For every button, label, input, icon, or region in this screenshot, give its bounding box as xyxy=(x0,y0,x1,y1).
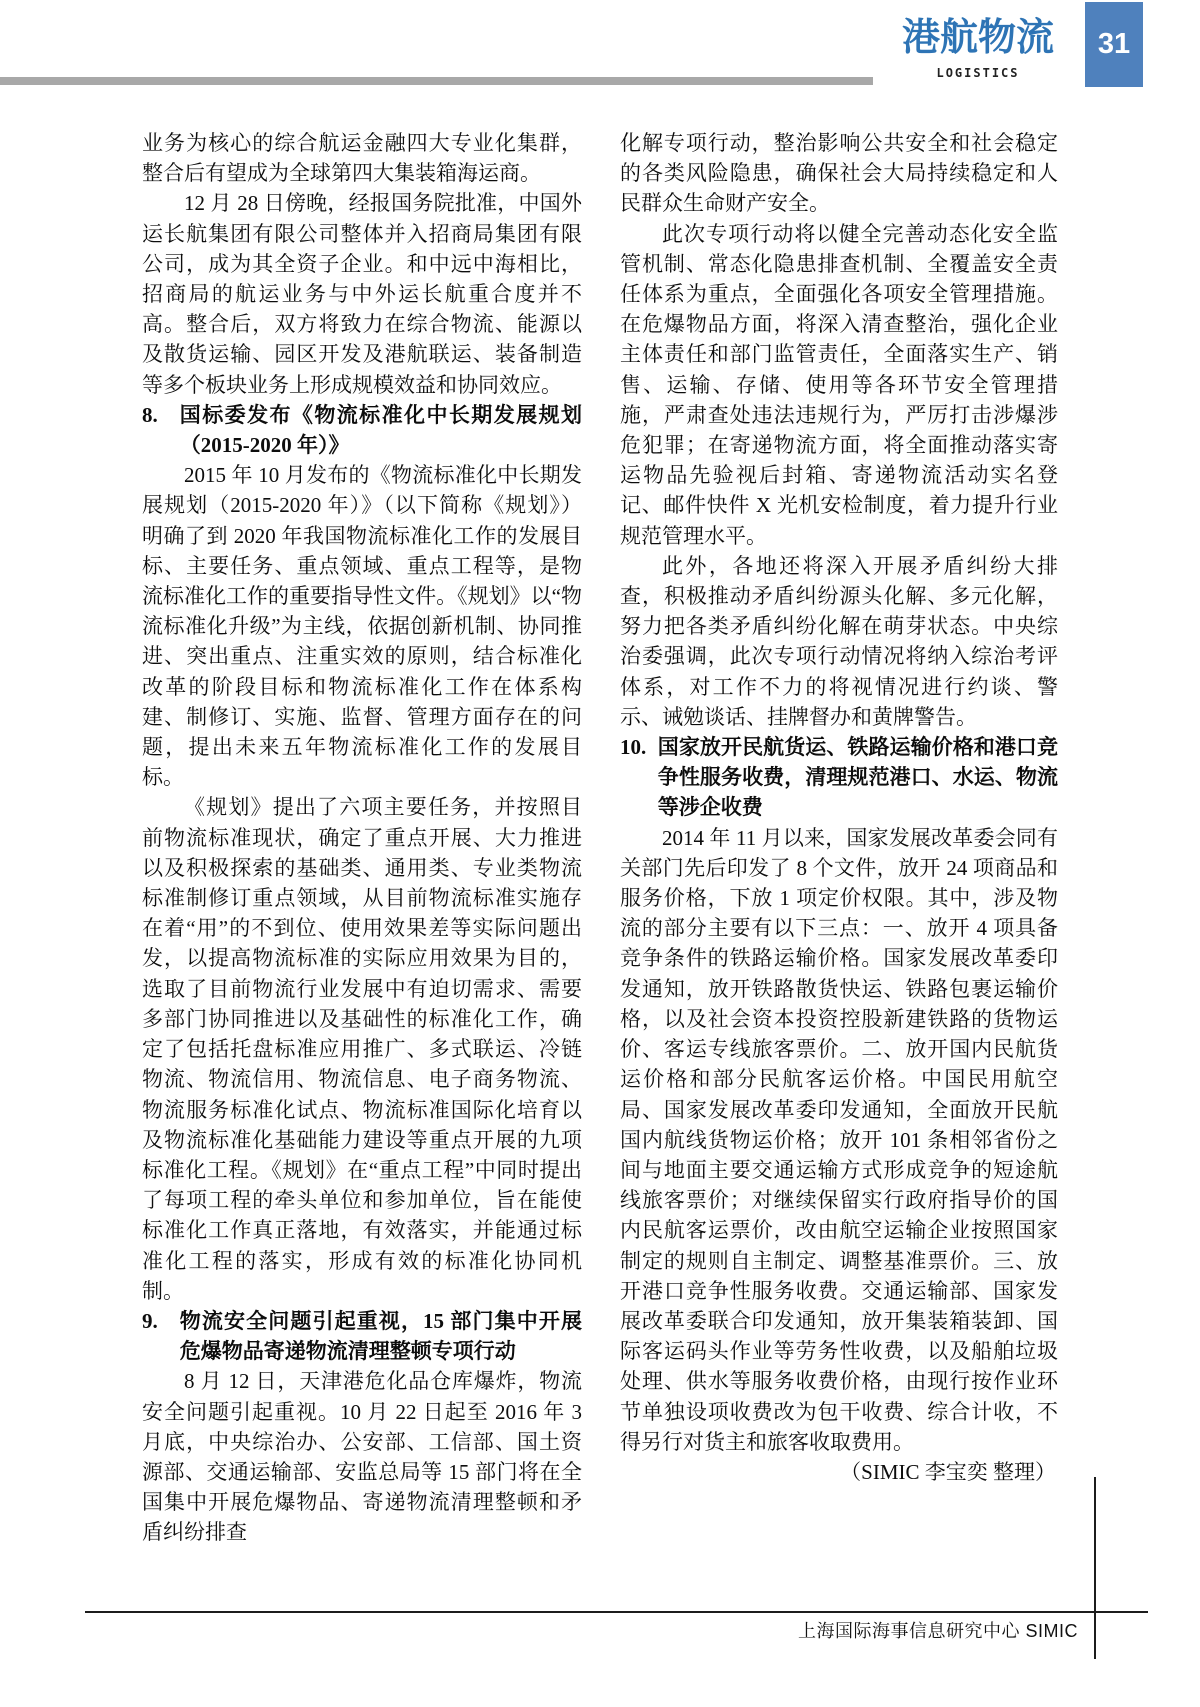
paragraph: 化解专项行动，整治影响公共安全和社会稳定的各类风险隐患，确保社会大局持续稳定和人… xyxy=(620,128,1058,219)
heading-number: 10. xyxy=(620,732,658,823)
page-number-badge: 31 xyxy=(1085,2,1143,87)
heading-number: 8. xyxy=(142,400,180,460)
paragraph: 业务为核心的综合航运金融四大专业化集群，整合后有望成为全球第四大集装箱海运商。 xyxy=(142,128,582,188)
paragraph: 《规划》提出了六项主要任务，并按照目前物流标准现状，确定了重点开展、大力推进以及… xyxy=(142,792,582,1305)
footer-horizontal-rule xyxy=(85,1611,1148,1613)
page-number: 31 xyxy=(1098,28,1130,61)
magazine-page: 港航物流 LOGISTICS 31 业务为核心的综合航运金融四大专业化集群，整合… xyxy=(0,0,1200,1707)
attribution-line: （SIMIC 李宝奕 整理） xyxy=(620,1457,1058,1487)
right-column: 化解专项行动，整治影响公共安全和社会稳定的各类风险隐患，确保社会大局持续稳定和人… xyxy=(620,128,1058,1487)
left-column: 业务为核心的综合航运金融四大专业化集群，整合后有望成为全球第四大集装箱海运商。 … xyxy=(142,128,582,1548)
heading-number: 9. xyxy=(142,1306,180,1366)
paragraph: 12 月 28 日傍晚，经报国务院批准，中国外运长航集团有限公司整体并入招商局集… xyxy=(142,188,582,399)
heading-text: 物流安全问题引起重视，15 部门集中开展危爆物品寄递物流清理整顿专项行动 xyxy=(180,1306,582,1366)
paragraph: 此外，各地还将深入开展矛盾纠纷大排查，积极推动矛盾纠纷源头化解、多元化解，努力把… xyxy=(620,551,1058,732)
paragraph: 此次专项行动将以健全完善动态化安全监管机制、常态化隐患排查机制、全覆盖安全责任体… xyxy=(620,219,1058,551)
footer-institute: 上海国际海事信息研究中心 SIMIC xyxy=(648,1617,1078,1643)
paragraph: 2015 年 10 月发布的《物流标准化中长期发展规划（2015-2020 年）… xyxy=(142,460,582,792)
section-title-cn: 港航物流 xyxy=(898,16,1058,60)
item-heading-9: 9. 物流安全问题引起重视，15 部门集中开展危爆物品寄递物流清理整顿专项行动 xyxy=(142,1306,582,1366)
section-title-en: LOGISTICS xyxy=(898,66,1058,80)
item-heading-10: 10. 国家放开民航货运、铁路运输价格和港口竞争性服务收费，清理规范港口、水运、… xyxy=(620,732,1058,823)
heading-text: 国标委发布《物流标准化中长期发展规划（2015-2020 年）》 xyxy=(180,400,582,460)
paragraph: 8 月 12 日，天津港危化品仓库爆炸，物流安全问题引起重视。10 月 22 日… xyxy=(142,1366,582,1547)
paragraph: 2014 年 11 月以来，国家发展改革委会同有关部门先后印发了 8 个文件，放… xyxy=(620,823,1058,1457)
item-heading-8: 8. 国标委发布《物流标准化中长期发展规划（2015-2020 年）》 xyxy=(142,400,582,460)
footer-vertical-rule xyxy=(1094,1477,1096,1659)
heading-text: 国家放开民航货运、铁路运输价格和港口竞争性服务收费，清理规范港口、水运、物流等涉… xyxy=(658,732,1058,823)
header-divider-bar xyxy=(0,77,873,85)
